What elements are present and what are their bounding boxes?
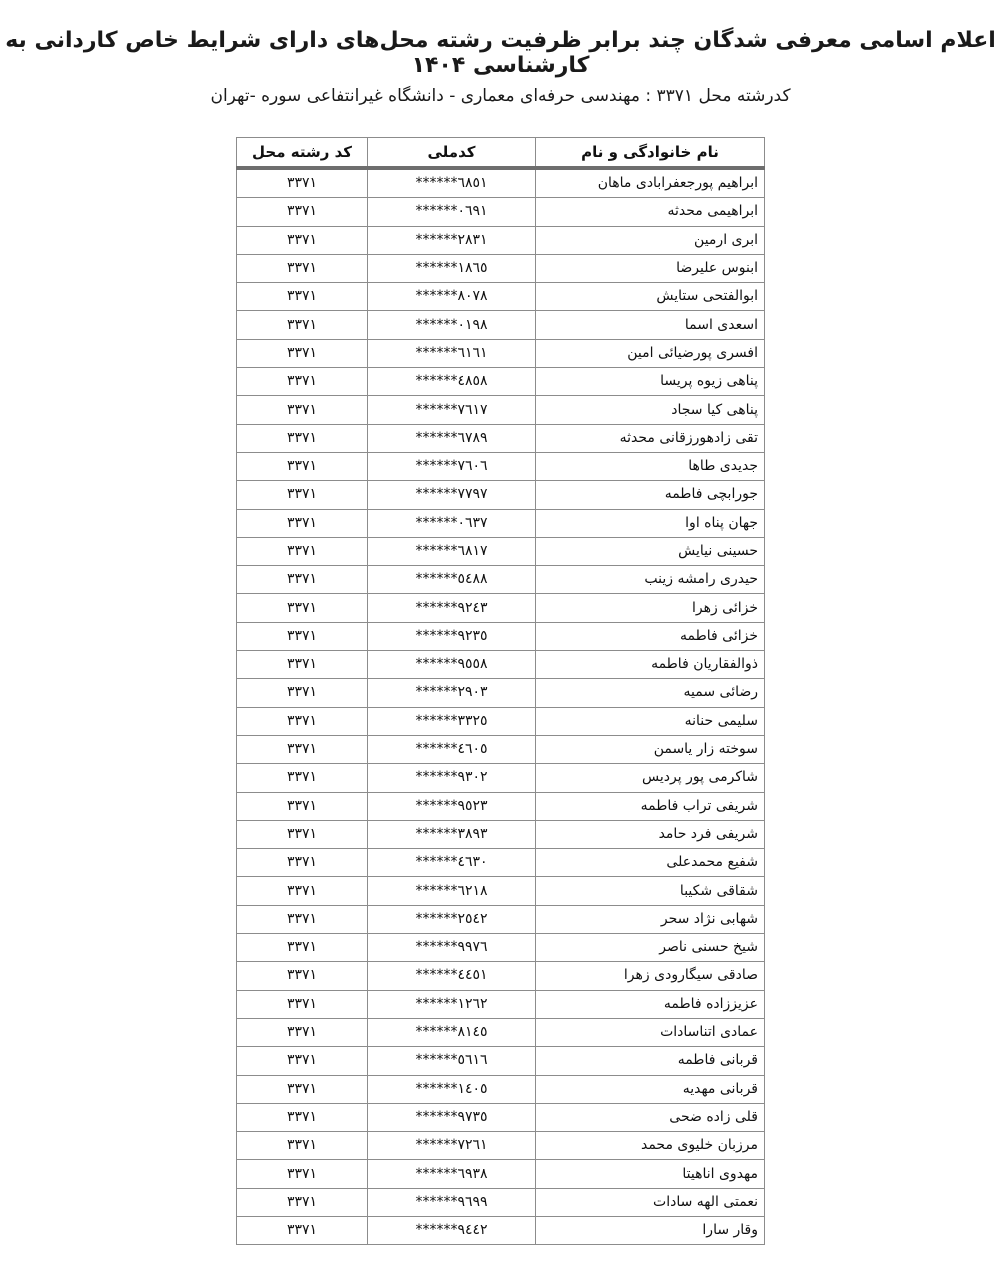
cell-program-code: ٣٣٧١ [237,368,368,396]
cell-name: ذوالفقاریان فاطمه [536,651,765,679]
cell-program-code: ٣٣٧١ [237,283,368,311]
cell-program-code: ٣٣٧١ [237,537,368,565]
cell-program-code: ٣٣٧١ [237,226,368,254]
table-row: شیخ حسنی ناصر******٩٩٧٦٣٣٧١ [237,934,765,962]
table-header: نام خانوادگی و نام کدملی کد رشته محل [237,138,765,169]
cell-national-id: ******٧٧٩٧ [368,481,536,509]
cell-name: قربانی مهدیه [536,1075,765,1103]
cell-national-id: ******١٤٠٥ [368,1075,536,1103]
table-row: جدیدی طاها******٧٦٠٦٣٣٧١ [237,452,765,480]
cell-national-id: ******٤٦٠٥ [368,735,536,763]
cell-name: قلی زاده ضحی [536,1103,765,1131]
cell-national-id: ******٣٣٢٥ [368,707,536,735]
cell-name: جورابچی فاطمه [536,481,765,509]
cell-name: خزائی فاطمه [536,622,765,650]
cell-national-id: ******٩٣٠٢ [368,764,536,792]
cell-national-id: ******٢٥٤٢ [368,905,536,933]
cell-national-id: ******٤٤٥١ [368,962,536,990]
cell-name: جهان پناه اوا [536,509,765,537]
table-row: شقاقی شکیبا******٦٢١٨٣٣٧١ [237,877,765,905]
cell-name: نعمتی الهه سادات [536,1188,765,1216]
cell-program-code: ٣٣٧١ [237,764,368,792]
cell-name: ابری ارمین [536,226,765,254]
cell-program-code: ٣٣٧١ [237,792,368,820]
cell-national-id: ******٩٧٣٥ [368,1103,536,1131]
table-row: رضائی سمیه******٢٩٠٣٣٣٧١ [237,679,765,707]
cell-name: پناهی زیوه پریسا [536,368,765,396]
cell-name: شریفی تراب فاطمه [536,792,765,820]
cell-program-code: ٣٣٧١ [237,877,368,905]
cell-program-code: ٣٣٧١ [237,1160,368,1188]
header-program-code: کد رشته محل [237,138,368,169]
cell-program-code: ٣٣٧١ [237,509,368,537]
cell-program-code: ٣٣٧١ [237,168,368,198]
cell-program-code: ٣٣٧١ [237,594,368,622]
cell-name: افسری پورضیائی امین [536,339,765,367]
cell-national-id: ******٥٤٨٨ [368,566,536,594]
cell-national-id: ******٠٦٣٧ [368,509,536,537]
cell-program-code: ٣٣٧١ [237,452,368,480]
table-row: ابوالفتحی ستایش******٨٠٧٨٣٣٧١ [237,283,765,311]
table-row: عمادی اتناسادات******٨١٤٥٣٣٧١ [237,1018,765,1046]
cell-name: پناهی کیا سجاد [536,396,765,424]
table-row: قلی زاده ضحی******٩٧٣٥٣٣٧١ [237,1103,765,1131]
cell-program-code: ٣٣٧١ [237,396,368,424]
table-row: مهدوی اناهیتا******٦٩٣٨٣٣٧١ [237,1160,765,1188]
header-national-id: کدملی [368,138,536,169]
cell-national-id: ******٨٠٧٨ [368,283,536,311]
table-row: جورابچی فاطمه******٧٧٩٧٣٣٧١ [237,481,765,509]
cell-national-id: ******١٨٦٥ [368,254,536,282]
cell-national-id: ******٢٨٣١ [368,226,536,254]
table-row: نعمتی الهه سادات******٩٦٩٩٣٣٧١ [237,1188,765,1216]
cell-program-code: ٣٣٧١ [237,481,368,509]
cell-name: جدیدی طاها [536,452,765,480]
table-row: سلیمی حنانه******٣٣٢٥٣٣٧١ [237,707,765,735]
table-row: خزائی فاطمه******٩٢٣٥٣٣٧١ [237,622,765,650]
cell-name: عزیززاده فاطمه [536,990,765,1018]
cell-program-code: ٣٣٧١ [237,962,368,990]
cell-program-code: ٣٣٧١ [237,820,368,848]
cell-name: ابراهیمی محدثه [536,198,765,226]
cell-program-code: ٣٣٧١ [237,1018,368,1046]
cell-name: حسینی نیایش [536,537,765,565]
cell-national-id: ******٩٢٣٥ [368,622,536,650]
cell-national-id: ******٨١٤٥ [368,1018,536,1046]
cell-national-id: ******٤٦٣٠ [368,849,536,877]
table-row: شهابی نژاد سحر******٢٥٤٢٣٣٧١ [237,905,765,933]
table-row: ذوالفقاریان فاطمه******٩٥٥٨٣٣٧١ [237,651,765,679]
cell-national-id: ******٩٩٧٦ [368,934,536,962]
cell-national-id: ******١٢٦٢ [368,990,536,1018]
table-row: ابراهیمی محدثه******٠٦٩١٣٣٧١ [237,198,765,226]
cell-national-id: ******٦١٦١ [368,339,536,367]
cell-national-id: ******٧٦١٧ [368,396,536,424]
cell-program-code: ٣٣٧١ [237,311,368,339]
table-row: ابنوس علیرضا******١٨٦٥٣٣٧١ [237,254,765,282]
cell-national-id: ******٩٦٩٩ [368,1188,536,1216]
cell-name: تقی زادهورزقانی محدثه [536,424,765,452]
cell-name: رضائی سمیه [536,679,765,707]
cell-national-id: ******٥٦١٦ [368,1047,536,1075]
cell-name: شهابی نژاد سحر [536,905,765,933]
table-row: ابراهیم پورجعفرابادی ماهان******٦٨٥١٣٣٧١ [237,168,765,198]
cell-name: قربانی فاطمه [536,1047,765,1075]
cell-national-id: ******٦٢١٨ [368,877,536,905]
table-row: شریفی تراب فاطمه******٩٥٢٣٣٣٧١ [237,792,765,820]
cell-name: وقار سارا [536,1216,765,1244]
cell-program-code: ٣٣٧١ [237,990,368,1018]
cell-national-id: ******٣٨٩٣ [368,820,536,848]
cell-name: اسعدی اسما [536,311,765,339]
cell-national-id: ******٩٢٤٣ [368,594,536,622]
table-row: قربانی مهدیه******١٤٠٥٣٣٧١ [237,1075,765,1103]
table-row: صادقی سیگارودی زهرا******٤٤٥١٣٣٧١ [237,962,765,990]
table-row: اسعدی اسما******٠١٩٨٣٣٧١ [237,311,765,339]
cell-name: صادقی سیگارودی زهرا [536,962,765,990]
table-row: شفیع محمدعلی******٤٦٣٠٣٣٧١ [237,849,765,877]
cell-program-code: ٣٣٧١ [237,651,368,679]
table-row: پناهی کیا سجاد******٧٦١٧٣٣٧١ [237,396,765,424]
cell-name: ابراهیم پورجعفرابادی ماهان [536,168,765,198]
cell-national-id: ******٧٢٦١ [368,1132,536,1160]
cell-program-code: ٣٣٧١ [237,1047,368,1075]
cell-national-id: ******٩٥٥٨ [368,651,536,679]
cell-name: شفیع محمدعلی [536,849,765,877]
cell-program-code: ٣٣٧١ [237,735,368,763]
cell-program-code: ٣٣٧١ [237,905,368,933]
cell-name: شیخ حسنی ناصر [536,934,765,962]
cell-national-id: ******٩٤٤٢ [368,1216,536,1244]
cell-program-code: ٣٣٧١ [237,424,368,452]
program-subtitle: کدرشته محل ۳۳۷۱ : مهندسی حرفه‌ای معماری … [0,86,1001,106]
cell-national-id: ******٤٨٥٨ [368,368,536,396]
cell-program-code: ٣٣٧١ [237,254,368,282]
table-row: وقار سارا******٩٤٤٢٣٣٧١ [237,1216,765,1244]
table-row: شریفی فرد حامد******٣٨٩٣٣٣٧١ [237,820,765,848]
table-row: سوخته زار یاسمن******٤٦٠٥٣٣٧١ [237,735,765,763]
table-row: عزیززاده فاطمه******١٢٦٢٣٣٧١ [237,990,765,1018]
cell-program-code: ٣٣٧١ [237,622,368,650]
cell-name: عمادی اتناسادات [536,1018,765,1046]
cell-program-code: ٣٣٧١ [237,339,368,367]
table-row: قربانی فاطمه******٥٦١٦٣٣٧١ [237,1047,765,1075]
table-row: جهان پناه اوا******٠٦٣٧٣٣٧١ [237,509,765,537]
cell-national-id: ******٦٩٣٨ [368,1160,536,1188]
table-row: پناهی زیوه پریسا******٤٨٥٨٣٣٧١ [237,368,765,396]
cell-name: ابوالفتحی ستایش [536,283,765,311]
cell-name: خزائی زهرا [536,594,765,622]
cell-national-id: ******٦٧٨٩ [368,424,536,452]
table-row: شاکرمی پور پردیس******٩٣٠٢٣٣٧١ [237,764,765,792]
cell-name: شریفی فرد حامد [536,820,765,848]
cell-national-id: ******٧٦٠٦ [368,452,536,480]
cell-program-code: ٣٣٧١ [237,1188,368,1216]
cell-name: مرزبان خلیوی محمد [536,1132,765,1160]
cell-name: شقاقی شکیبا [536,877,765,905]
cell-program-code: ٣٣٧١ [237,198,368,226]
cell-program-code: ٣٣٧١ [237,1075,368,1103]
cell-name: سوخته زار یاسمن [536,735,765,763]
cell-program-code: ٣٣٧١ [237,849,368,877]
table-body: ابراهیم پورجعفرابادی ماهان******٦٨٥١٣٣٧١… [237,168,765,1245]
cell-program-code: ٣٣٧١ [237,1132,368,1160]
table-row: خزائی زهرا******٩٢٤٣٣٣٧١ [237,594,765,622]
cell-name: سلیمی حنانه [536,707,765,735]
table-row: ابری ارمین******٢٨٣١٣٣٧١ [237,226,765,254]
admitted-list-table: نام خانوادگی و نام کدملی کد رشته محل ابر… [236,137,765,1245]
cell-name: شاکرمی پور پردیس [536,764,765,792]
cell-program-code: ٣٣٧١ [237,1103,368,1131]
table-row: مرزبان خلیوی محمد******٧٢٦١٣٣٧١ [237,1132,765,1160]
cell-program-code: ٣٣٧١ [237,1216,368,1244]
cell-program-code: ٣٣٧١ [237,707,368,735]
page-title: اعلام اسامی معرفی شدگان چند برابر ظرفیت … [0,28,1001,78]
table-row: افسری پورضیائی امین******٦١٦١٣٣٧١ [237,339,765,367]
table-row: حسینی نیایش******٦٨١٧٣٣٧١ [237,537,765,565]
cell-name: مهدوی اناهیتا [536,1160,765,1188]
cell-program-code: ٣٣٧١ [237,679,368,707]
cell-name: حیدری رامشه زینب [536,566,765,594]
header-row: نام خانوادگی و نام کدملی کد رشته محل [237,138,765,169]
cell-national-id: ******٠٦٩١ [368,198,536,226]
table-row: تقی زادهورزقانی محدثه******٦٧٨٩٣٣٧١ [237,424,765,452]
cell-national-id: ******٦٨٥١ [368,168,536,198]
header-name: نام خانوادگی و نام [536,138,765,169]
cell-program-code: ٣٣٧١ [237,934,368,962]
cell-national-id: ******٦٨١٧ [368,537,536,565]
cell-name: ابنوس علیرضا [536,254,765,282]
cell-program-code: ٣٣٧١ [237,566,368,594]
table-row: حیدری رامشه زینب******٥٤٨٨٣٣٧١ [237,566,765,594]
cell-national-id: ******٢٩٠٣ [368,679,536,707]
cell-national-id: ******٠١٩٨ [368,311,536,339]
cell-national-id: ******٩٥٢٣ [368,792,536,820]
